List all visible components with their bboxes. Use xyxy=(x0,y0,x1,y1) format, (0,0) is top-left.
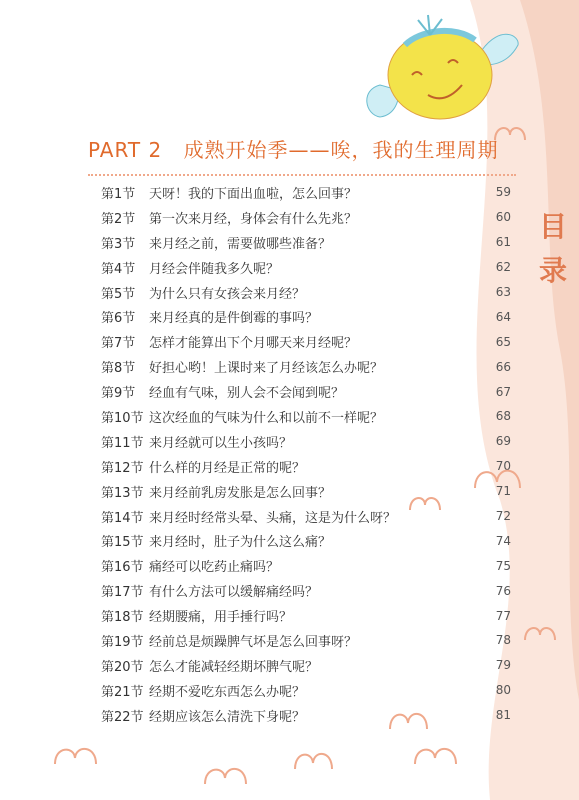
section-number: 第16节 xyxy=(101,556,149,575)
section-number: 第22节 xyxy=(101,706,149,725)
section-number: 第3节 xyxy=(101,233,149,252)
page-number: 64 xyxy=(481,310,511,324)
section-title: 怎样才能算出下个月哪天来月经呢？ xyxy=(149,332,481,351)
toc-entry[interactable]: 第18节经期腰痛，用手捶行吗？77 xyxy=(101,603,511,628)
section-number: 第13节 xyxy=(101,482,149,501)
wing-decoration-icon xyxy=(405,490,445,515)
page-number: 78 xyxy=(481,633,511,647)
section-title: 来月经就可以生小孩吗？ xyxy=(149,432,481,451)
section-number: 第7节 xyxy=(101,332,149,351)
table-of-contents: 第1节天呀！我的下面出血啦，怎么回事？59第2节第一次来月经，身体会有什么先兆？… xyxy=(101,180,511,728)
wing-decoration-icon xyxy=(385,705,430,735)
section-title: 好担心哟！上课时来了月经该怎么办呢？ xyxy=(149,357,481,376)
section-number: 第14节 xyxy=(101,507,149,526)
toc-entry[interactable]: 第16节痛经可以吃药止痛吗？75 xyxy=(101,553,511,578)
page-number: 76 xyxy=(481,584,511,598)
wing-decoration-icon xyxy=(50,740,100,770)
section-number: 第5节 xyxy=(101,283,149,302)
toc-entry[interactable]: 第22节经期应该怎么清洗下身呢？81 xyxy=(101,703,511,728)
section-title: 经期腰痛，用手捶行吗？ xyxy=(149,606,481,625)
wing-decoration-icon xyxy=(470,460,525,495)
toc-entry[interactable]: 第4节月经会伴随我多久呢？62 xyxy=(101,255,511,280)
toc-entry[interactable]: 第14节来月经时经常头晕、头痛，这是为什么呀？72 xyxy=(101,504,511,529)
toc-entry[interactable]: 第21节经期不爱吃东西怎么办呢？80 xyxy=(101,678,511,703)
section-number: 第10节 xyxy=(101,407,149,426)
section-number: 第11节 xyxy=(101,432,149,451)
toc-entry[interactable]: 第19节经前总是烦躁脾气坏是怎么回事呀？78 xyxy=(101,628,511,653)
section-title: 为什么只有女孩会来月经？ xyxy=(149,283,481,302)
section-number: 第17节 xyxy=(101,581,149,600)
page-number: 68 xyxy=(481,409,511,423)
toc-entry[interactable]: 第8节好担心哟！上课时来了月经该怎么办呢？66 xyxy=(101,354,511,379)
smiling-mascot-illustration xyxy=(360,5,520,125)
side-title-char: 录 xyxy=(533,249,573,293)
section-title: 月经会伴随我多久呢？ xyxy=(149,258,481,277)
toc-entry[interactable]: 第9节经血有气味，别人会不会闻到呢？67 xyxy=(101,379,511,404)
section-number: 第15节 xyxy=(101,531,149,550)
page-number: 72 xyxy=(481,509,511,523)
page-number: 75 xyxy=(481,559,511,573)
section-number: 第9节 xyxy=(101,382,149,401)
section-number: 第20节 xyxy=(101,656,149,675)
toc-entry[interactable]: 第20节怎么才能减轻经期坏脾气呢？79 xyxy=(101,653,511,678)
toc-entry[interactable]: 第6节来月经真的是件倒霉的事吗？64 xyxy=(101,304,511,329)
section-number: 第21节 xyxy=(101,681,149,700)
section-number: 第19节 xyxy=(101,631,149,650)
section-title: 怎么才能减轻经期坏脾气呢？ xyxy=(149,656,481,675)
section-title: 经前总是烦躁脾气坏是怎么回事呀？ xyxy=(149,631,481,650)
section-title: 什么样的月经是正常的呢？ xyxy=(149,457,481,476)
section-title: 经血有气味，别人会不会闻到呢？ xyxy=(149,382,481,401)
section-title: 经期应该怎么清洗下身呢？ xyxy=(149,706,481,725)
wing-decoration-icon xyxy=(410,740,460,770)
toc-entry[interactable]: 第12节什么样的月经是正常的呢？70 xyxy=(101,454,511,479)
section-number: 第8节 xyxy=(101,357,149,376)
toc-entry[interactable]: 第2节第一次来月经，身体会有什么先兆？60 xyxy=(101,205,511,230)
section-title: 第一次来月经，身体会有什么先兆？ xyxy=(149,208,481,227)
page-number: 79 xyxy=(481,658,511,672)
page-number: 62 xyxy=(481,260,511,274)
part-label: PART 2 xyxy=(88,138,162,162)
toc-entry[interactable]: 第1节天呀！我的下面出血啦，怎么回事？59 xyxy=(101,180,511,205)
wing-decoration-icon xyxy=(490,120,530,145)
section-title: 有什么方法可以缓解痛经吗？ xyxy=(149,581,481,600)
section-title: 天呀！我的下面出血啦，怎么回事？ xyxy=(149,183,481,202)
page-number: 63 xyxy=(481,285,511,299)
toc-entry[interactable]: 第13节来月经前乳房发胀是怎么回事？71 xyxy=(101,479,511,504)
page-number: 60 xyxy=(481,210,511,224)
section-number: 第4节 xyxy=(101,258,149,277)
section-number: 第12节 xyxy=(101,457,149,476)
section-title: 来月经真的是件倒霉的事吗？ xyxy=(149,307,481,326)
page-number: 66 xyxy=(481,360,511,374)
toc-entry[interactable]: 第3节来月经之前，需要做哪些准备？61 xyxy=(101,230,511,255)
toc-entry[interactable]: 第15节来月经时，肚子为什么这么痛？74 xyxy=(101,528,511,553)
page-number: 69 xyxy=(481,434,511,448)
side-title-char: 目 xyxy=(533,205,573,249)
page-number: 81 xyxy=(481,708,511,722)
wing-decoration-icon xyxy=(290,745,335,775)
section-title: 痛经可以吃药止痛吗？ xyxy=(149,556,481,575)
toc-entry[interactable]: 第10节这次经血的气味为什么和以前不一样呢？68 xyxy=(101,404,511,429)
page-number: 67 xyxy=(481,385,511,399)
page-number: 65 xyxy=(481,335,511,349)
toc-entry[interactable]: 第17节有什么方法可以缓解痛经吗？76 xyxy=(101,578,511,603)
page-number: 74 xyxy=(481,534,511,548)
section-title: 来月经时，肚子为什么这么痛？ xyxy=(149,531,481,550)
section-number: 第1节 xyxy=(101,183,149,202)
toc-entry[interactable]: 第5节为什么只有女孩会来月经？63 xyxy=(101,280,511,305)
part-heading: PART 2 成熟开始季——唉，我的生理周期 xyxy=(88,134,499,163)
toc-entry[interactable]: 第11节来月经就可以生小孩吗？69 xyxy=(101,429,511,454)
part-title: 成熟开始季——唉，我的生理周期 xyxy=(184,138,499,162)
section-title: 经期不爱吃东西怎么办呢？ xyxy=(149,681,481,700)
contents-side-title: 目 录 xyxy=(533,205,573,293)
toc-entry[interactable]: 第7节怎样才能算出下个月哪天来月经呢？65 xyxy=(101,329,511,354)
section-title: 来月经之前，需要做哪些准备？ xyxy=(149,233,481,252)
section-number: 第6节 xyxy=(101,307,149,326)
wing-decoration-icon xyxy=(200,760,250,790)
section-title: 这次经血的气味为什么和以前不一样呢？ xyxy=(149,407,481,426)
page-number: 59 xyxy=(481,185,511,199)
page-number: 61 xyxy=(481,235,511,249)
section-number: 第18节 xyxy=(101,606,149,625)
page-number: 77 xyxy=(481,609,511,623)
decorative-dotted-divider xyxy=(88,166,516,176)
wing-decoration-icon xyxy=(520,620,560,645)
page-number: 80 xyxy=(481,683,511,697)
section-number: 第2节 xyxy=(101,208,149,227)
